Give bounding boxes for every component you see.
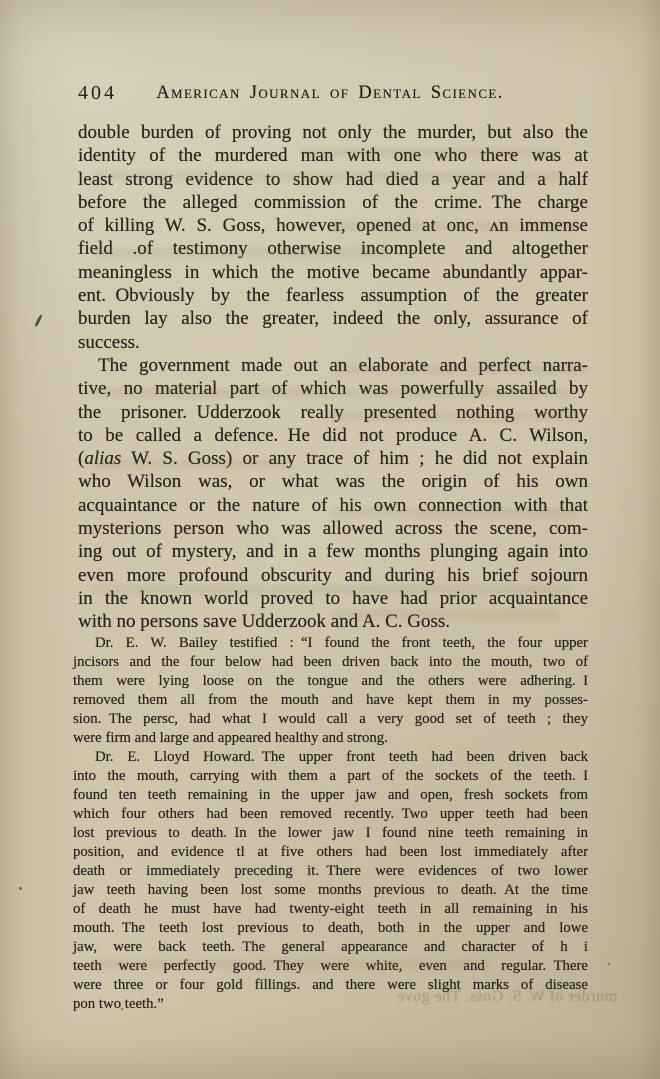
text-line: ent. Obviously by the fearless assumptio… (78, 284, 588, 307)
paper-speck (19, 887, 22, 890)
text-line: lost previous to death. In the lower jaw… (73, 824, 588, 843)
text-line: Dr. E. W. Bailey testified : “I found th… (73, 634, 588, 653)
margin-ink-mark (34, 314, 42, 327)
bleedthrough-streak (92, 960, 492, 969)
book-page-scan: 404 American Journal of Dental Science. … (0, 0, 660, 1079)
bleedthrough-streak (92, 460, 292, 469)
bleedthrough-streak (92, 585, 572, 594)
text-line: mouth. The teeth lost previous to death,… (73, 919, 588, 938)
text-line: found ten teeth remaining in the upper j… (73, 786, 588, 805)
bleedthrough-streak (300, 148, 560, 157)
text-line: to be called a defence. He did not produ… (78, 424, 588, 447)
text-line: jaw, were back teeth. The general appear… (73, 938, 588, 957)
text-line: who Wilson was, or what was the origin o… (78, 470, 588, 493)
journal-running-title: American Journal of Dental Science. (0, 83, 660, 104)
text-line: mysterions person who was allowed across… (78, 517, 588, 540)
page-header: 404 American Journal of Dental Science. (0, 82, 660, 106)
text-line: even more profound obscurity and during … (78, 564, 588, 587)
bleedthrough-streak (92, 172, 562, 181)
text-line: into the mouth, carrying with them a par… (73, 767, 588, 786)
bleedthrough-streak (330, 222, 580, 231)
text-line: sion. The persc, had what I would call a… (73, 710, 588, 729)
text-line: which four others had been removed recen… (73, 805, 588, 824)
bleedthrough-streak (330, 508, 580, 517)
text-line: jncisors and the four below had been dri… (73, 653, 588, 672)
text-line: death or immediately preceding it. There… (73, 862, 588, 881)
text-line: before the alleged commission of the cri… (78, 191, 588, 214)
text-line: double burden of proving not only the mu… (78, 121, 588, 144)
text-line: position, and evidence tl at five others… (73, 843, 588, 862)
text-line: them were lying loose on the tongue and … (73, 672, 588, 691)
bleedthrough-streak (330, 412, 580, 421)
bleedthrough-text: murder of W. S. Goss. The gove (287, 988, 617, 1006)
paper-speck (608, 963, 610, 965)
text-line: success. (78, 331, 588, 354)
bleedthrough-streak (92, 388, 572, 397)
paragraph: Dr. E. W. Bailey testified : “I found th… (73, 634, 588, 748)
text-line: jaw teeth having been lost some months p… (73, 881, 588, 900)
bleedthrough-streak (330, 610, 560, 619)
text-line: removed them all from the mouth and have… (73, 691, 588, 710)
bleedthrough-streak (92, 248, 392, 257)
text-line: burden lay also the greater, indeed the … (78, 307, 588, 330)
text-line: of death he must have had twenty-eight t… (73, 900, 588, 919)
bleedthrough-streak (330, 365, 590, 374)
text-line: were firm and large and appeared healthy… (73, 729, 588, 748)
text-line: meaningless in which the motive became a… (78, 261, 588, 284)
paragraph: Dr. E. Lloyd Howard. The upper front tee… (73, 748, 588, 1015)
text-line: Dr. E. Lloyd Howard. The upper front tee… (73, 748, 588, 767)
text-line: ing out of mystery, and in a few months … (78, 540, 588, 563)
